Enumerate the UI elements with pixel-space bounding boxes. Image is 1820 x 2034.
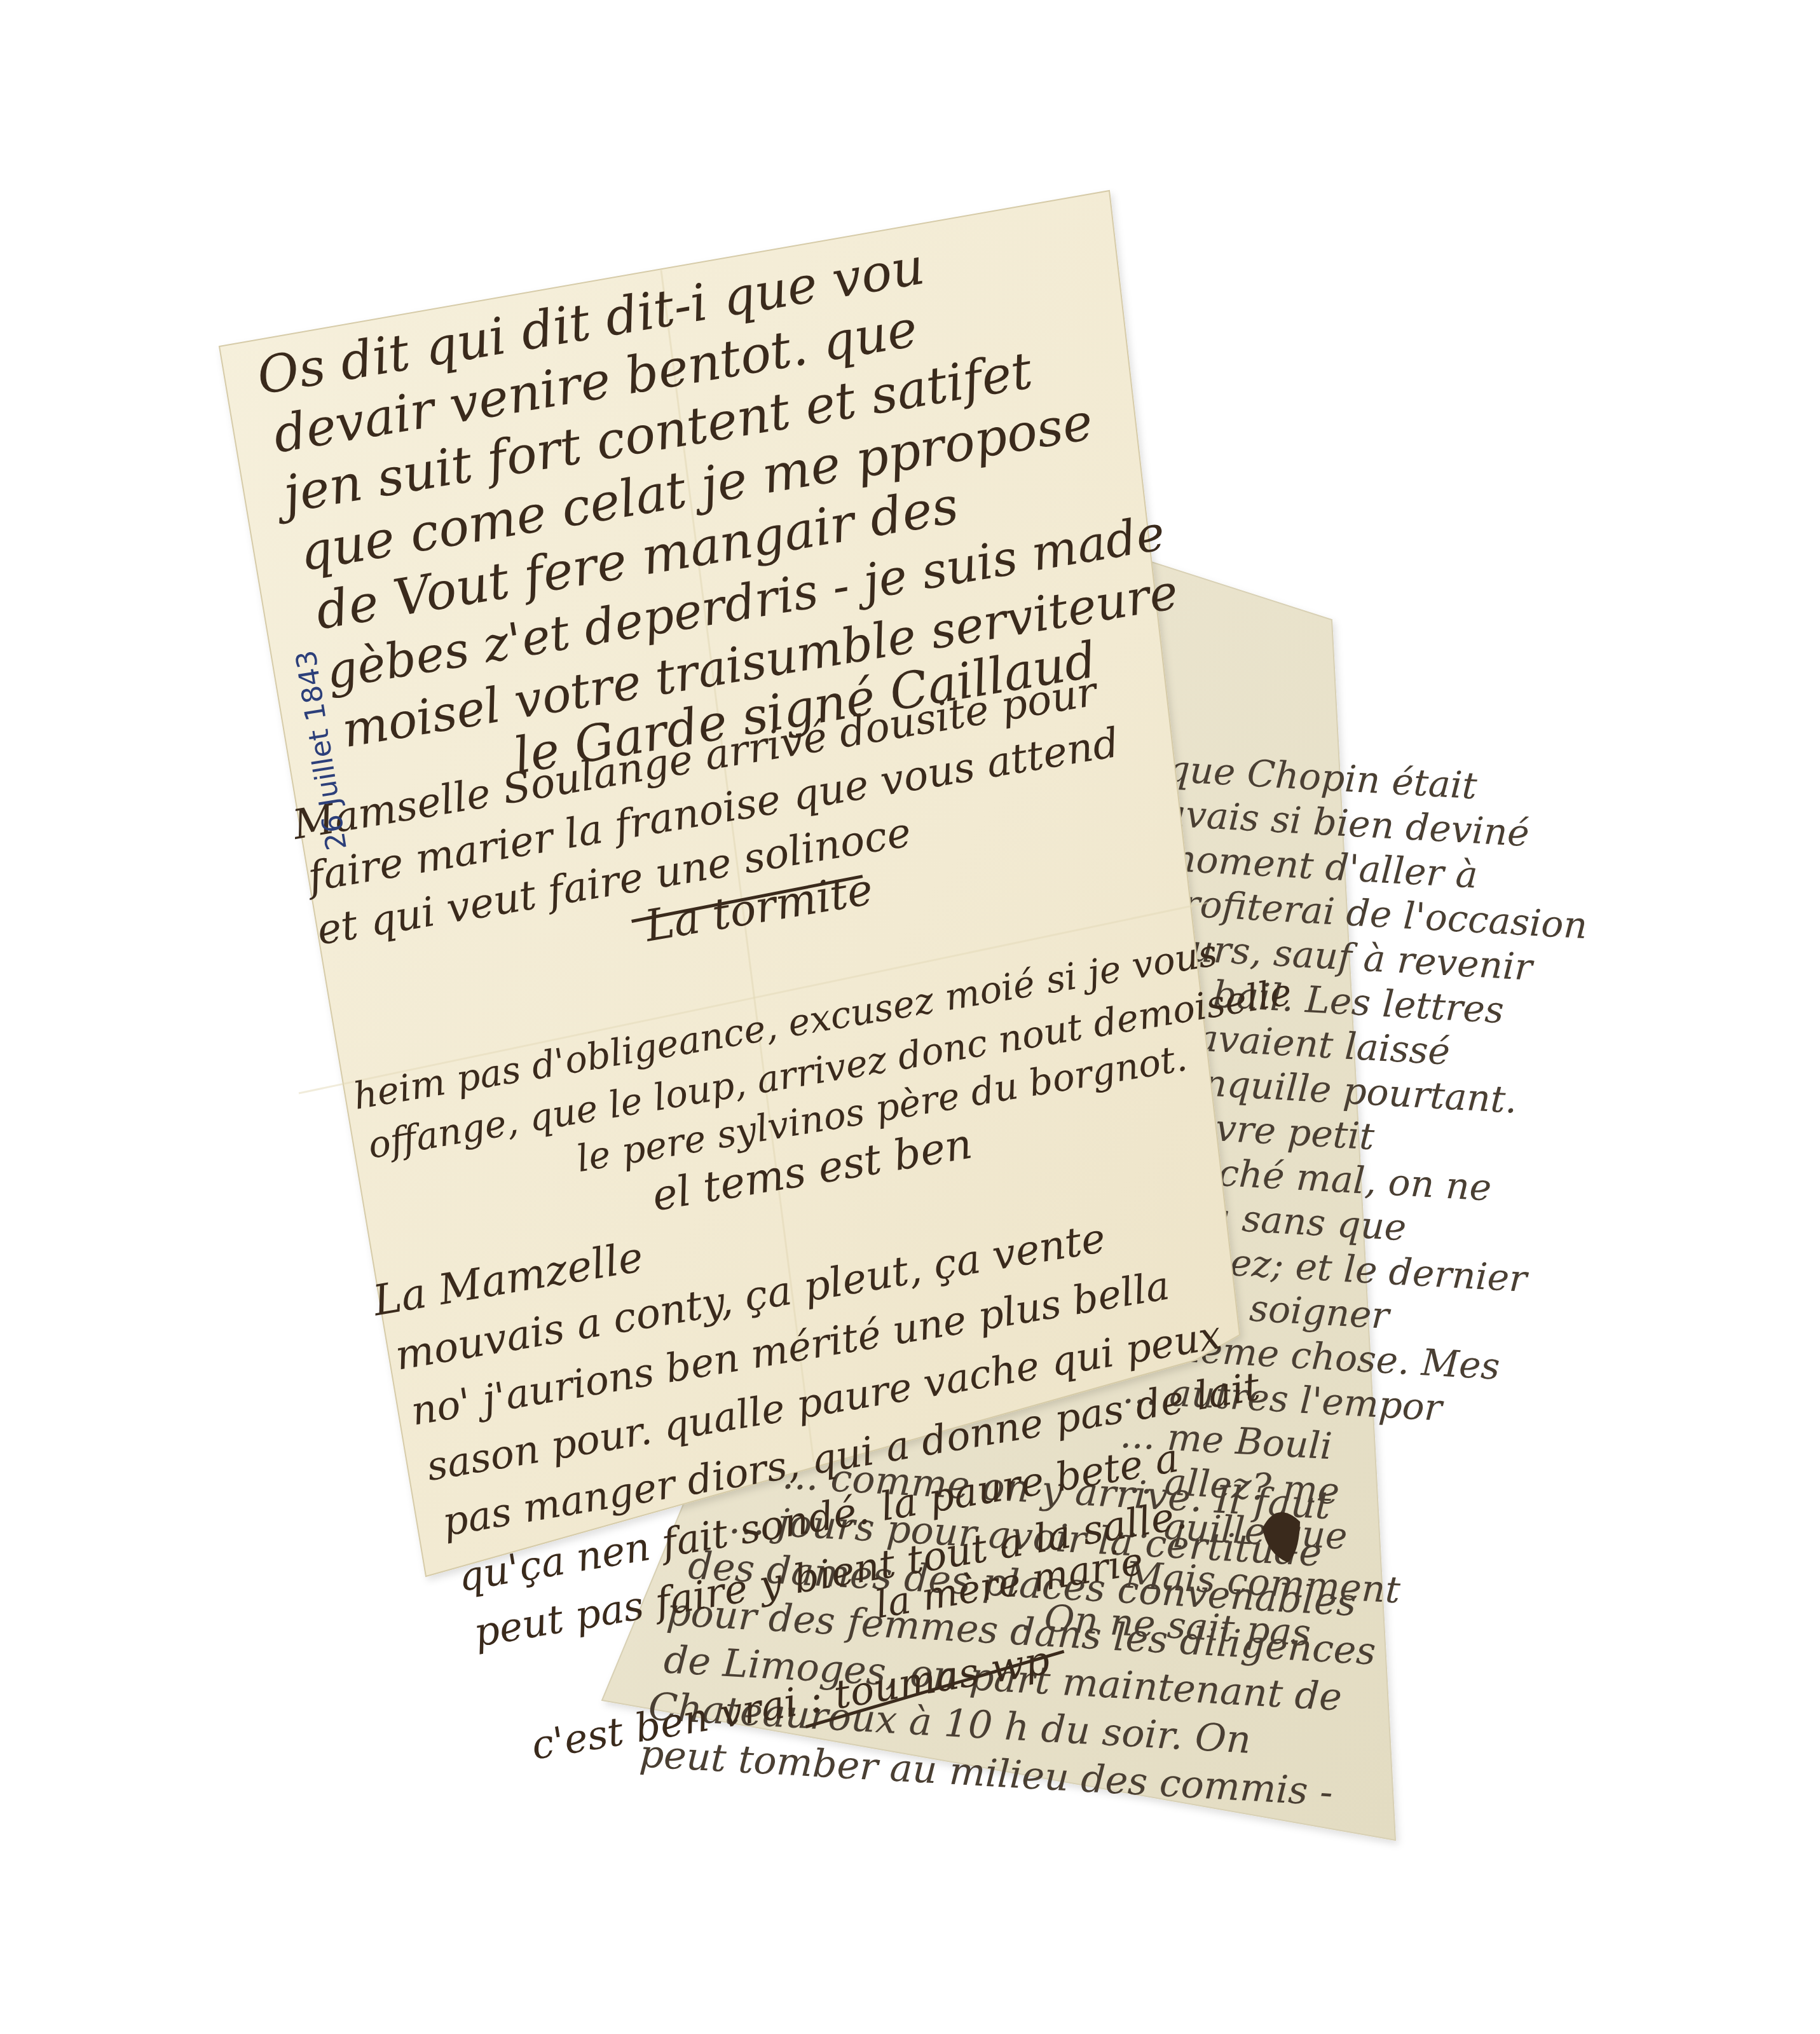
letters-photo: ... que Chopin était ... avais si bien d… [0, 0, 1820, 2034]
